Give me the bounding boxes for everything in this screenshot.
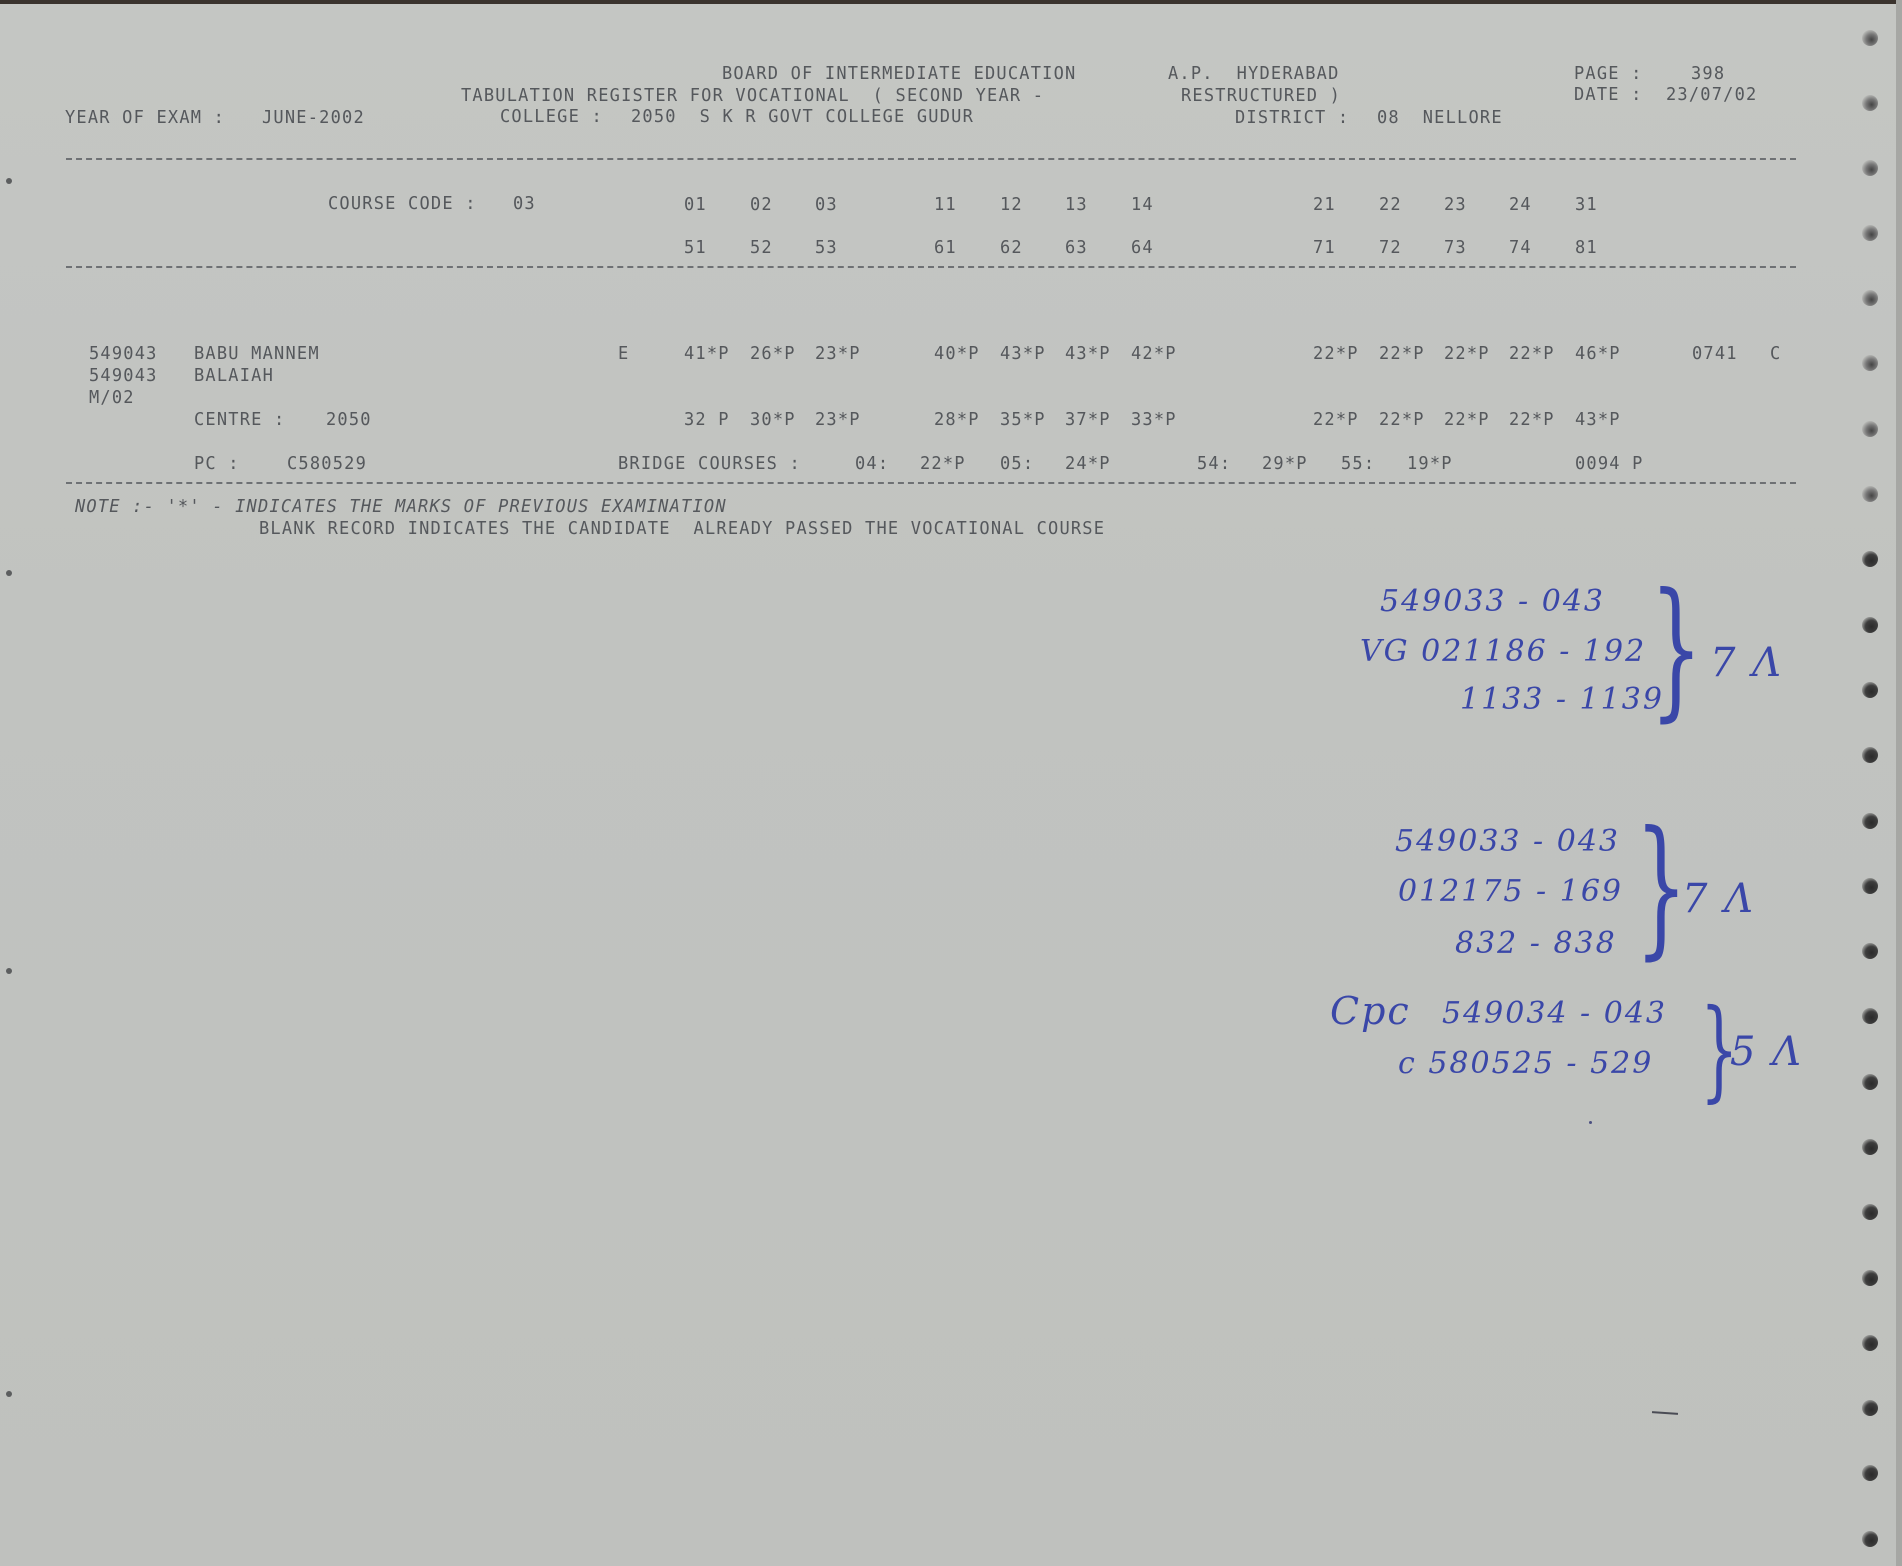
pc-value: C580529	[287, 454, 367, 475]
mark: 40*P	[934, 344, 980, 365]
handwritten-range: 549033 - 043	[1380, 584, 1605, 619]
handwritten-count: 7 Λ	[1682, 876, 1755, 922]
college-value: 2050 S K R GOVT COLLEGE GUDUR	[631, 107, 974, 128]
mark: 22*P	[1509, 410, 1555, 431]
handwritten-range: 549033 - 043	[1395, 824, 1620, 859]
bridge-code: 55:	[1341, 454, 1375, 475]
subject-code: 61	[934, 238, 957, 259]
course-code-label: COURSE CODE :	[328, 194, 477, 215]
pencil-mark	[1652, 1411, 1678, 1415]
handwritten-range: 012175 - 169	[1398, 874, 1623, 909]
subject-code: 62	[1000, 238, 1023, 259]
district-value: 08 NELLORE	[1377, 108, 1503, 129]
feed-hole	[1862, 1531, 1878, 1547]
mark: 22*P	[1379, 344, 1425, 365]
year-of-exam: JUNE-2002	[262, 108, 365, 129]
margin-mark	[6, 570, 12, 576]
feed-hole	[1862, 1008, 1878, 1024]
date-value: 23/07/02	[1666, 85, 1757, 106]
board-location: A.P. HYDERABAD	[1168, 64, 1340, 85]
mark: 22*P	[1379, 410, 1425, 431]
mark: 43*P	[1000, 344, 1046, 365]
subject-code: 64	[1131, 238, 1154, 259]
margin-mark	[6, 178, 12, 184]
feed-hole	[1862, 1139, 1878, 1155]
feed-hole	[1862, 943, 1878, 959]
feed-hole	[1862, 682, 1878, 698]
subject-code: 21	[1313, 195, 1336, 216]
feed-hole	[1862, 617, 1878, 633]
handwritten-count: 5 Λ	[1730, 1029, 1803, 1075]
mark: 23*P	[815, 344, 861, 365]
divider-header	[66, 266, 1796, 268]
mark: 22*P	[1509, 344, 1555, 365]
feed-hole	[1862, 1465, 1878, 1481]
student-name: BABU MANNEM	[194, 344, 320, 365]
course-code: 03	[513, 194, 536, 215]
subject-code: 12	[1000, 195, 1023, 216]
mark: 43*P	[1575, 410, 1621, 431]
mark: 37*P	[1065, 410, 1111, 431]
mark: 32 P	[684, 410, 730, 431]
roll-number: 549043	[89, 344, 158, 365]
feed-hole	[1862, 30, 1878, 46]
mark: 46*P	[1575, 344, 1621, 365]
curly-brace: }	[1635, 812, 1687, 962]
total-marks: 0741	[1692, 344, 1738, 365]
note-line-2: BLANK RECORD INDICATES THE CANDIDATE ALR…	[259, 519, 1105, 540]
father-name: BALAIAH	[194, 366, 274, 387]
subject-code: 81	[1575, 238, 1598, 259]
subject-code: 73	[1444, 238, 1467, 259]
subject-code: 13	[1065, 195, 1088, 216]
feed-hole	[1862, 1204, 1878, 1220]
feed-hole	[1862, 813, 1878, 829]
note-line-1: NOTE :- '*' - INDICATES THE MARKS OF PRE…	[75, 497, 727, 518]
roll-number-2: 549043	[89, 366, 158, 387]
handwritten-range: 832 - 838	[1455, 926, 1617, 961]
page-number: 398	[1691, 64, 1725, 85]
restructured-label: RESTRUCTURED )	[1181, 86, 1341, 107]
handwritten-range: VG 021186 - 192	[1360, 634, 1646, 669]
feed-hole	[1862, 551, 1878, 567]
category: M/02	[89, 388, 135, 409]
subject-code: 23	[1444, 195, 1467, 216]
subject-code: 72	[1379, 238, 1402, 259]
mark: 30*P	[750, 410, 796, 431]
feed-hole	[1862, 747, 1878, 763]
ink-dot	[1589, 1121, 1592, 1124]
mark: 43*P	[1065, 344, 1111, 365]
feed-hole	[1862, 290, 1878, 306]
subject-code: 02	[750, 195, 773, 216]
divider-top	[66, 158, 1796, 160]
centre-label: CENTRE :	[194, 410, 285, 431]
mark: 23*P	[815, 410, 861, 431]
bridge-code: 04:	[855, 454, 889, 475]
centre-value: 2050	[326, 410, 372, 431]
year-of-exam-label: YEAR OF EXAM :	[65, 108, 225, 129]
mark: 22*P	[1313, 410, 1359, 431]
bridge-mark: 22*P	[920, 454, 966, 475]
mark: 22*P	[1444, 344, 1490, 365]
subject-code: 24	[1509, 195, 1532, 216]
mark: 22*P	[1444, 410, 1490, 431]
subject-code: 63	[1065, 238, 1088, 259]
college-label: COLLEGE :	[500, 107, 603, 128]
subject-code: 22	[1379, 195, 1402, 216]
margin-mark	[6, 968, 12, 974]
district-label: DISTRICT :	[1235, 108, 1349, 129]
subject-code: 14	[1131, 195, 1154, 216]
handwritten-count: 7 Λ	[1710, 640, 1783, 686]
subject-code: 74	[1509, 238, 1532, 259]
subject-code: 11	[934, 195, 957, 216]
tabulation-sheet: BOARD OF INTERMEDIATE EDUCATION A.P. HYD…	[0, 4, 1896, 1566]
divider-bottom	[66, 482, 1796, 484]
feed-hole	[1862, 421, 1878, 437]
mark: 41*P	[684, 344, 730, 365]
board-title: BOARD OF INTERMEDIATE EDUCATION	[722, 64, 1076, 85]
subject-code: 03	[815, 195, 838, 216]
pc-label: PC :	[194, 454, 240, 475]
handwritten-prefix: Cpc	[1330, 989, 1411, 1033]
bridge-code: 54:	[1197, 454, 1231, 475]
subject-code: 52	[750, 238, 773, 259]
curly-brace: }	[1650, 574, 1702, 724]
feed-hole	[1862, 1074, 1878, 1090]
feed-hole	[1862, 878, 1878, 894]
subject-code: 51	[684, 238, 707, 259]
mark: 35*P	[1000, 410, 1046, 431]
feed-hole	[1862, 225, 1878, 241]
date-label: DATE :	[1574, 85, 1643, 106]
feed-hole	[1862, 1400, 1878, 1416]
mark: 28*P	[934, 410, 980, 431]
feed-hole	[1862, 1270, 1878, 1286]
handwritten-range: 1133 - 1139	[1460, 682, 1664, 717]
feed-hole	[1862, 486, 1878, 502]
feed-hole	[1862, 160, 1878, 176]
handwritten-range: c 580525 - 529	[1398, 1046, 1653, 1081]
feed-hole	[1862, 95, 1878, 111]
page-label: PAGE :	[1574, 64, 1643, 85]
handwritten-range: 549034 - 043	[1442, 996, 1667, 1031]
bridge-code: 05:	[1000, 454, 1034, 475]
subject-code: 53	[815, 238, 838, 259]
bridge-total: 0094 P	[1575, 454, 1644, 475]
bridge-mark: 24*P	[1065, 454, 1111, 475]
mark: 33*P	[1131, 410, 1177, 431]
subject-code: 71	[1313, 238, 1336, 259]
mark: 22*P	[1313, 344, 1359, 365]
subject-code: 31	[1575, 195, 1598, 216]
medium: E	[618, 344, 629, 365]
subject-code: 01	[684, 195, 707, 216]
feed-hole	[1862, 1335, 1878, 1351]
mark: 26*P	[750, 344, 796, 365]
paper-right-edge	[1896, 0, 1902, 1566]
bridge-mark: 19*P	[1407, 454, 1453, 475]
register-title: TABULATION REGISTER FOR VOCATIONAL ( SEC…	[461, 86, 1044, 107]
feed-hole	[1862, 355, 1878, 371]
mark: 42*P	[1131, 344, 1177, 365]
bridge-courses-label: BRIDGE COURSES :	[618, 454, 801, 475]
bridge-mark: 29*P	[1262, 454, 1308, 475]
margin-mark	[6, 1391, 12, 1397]
result-grade: C	[1770, 344, 1781, 365]
